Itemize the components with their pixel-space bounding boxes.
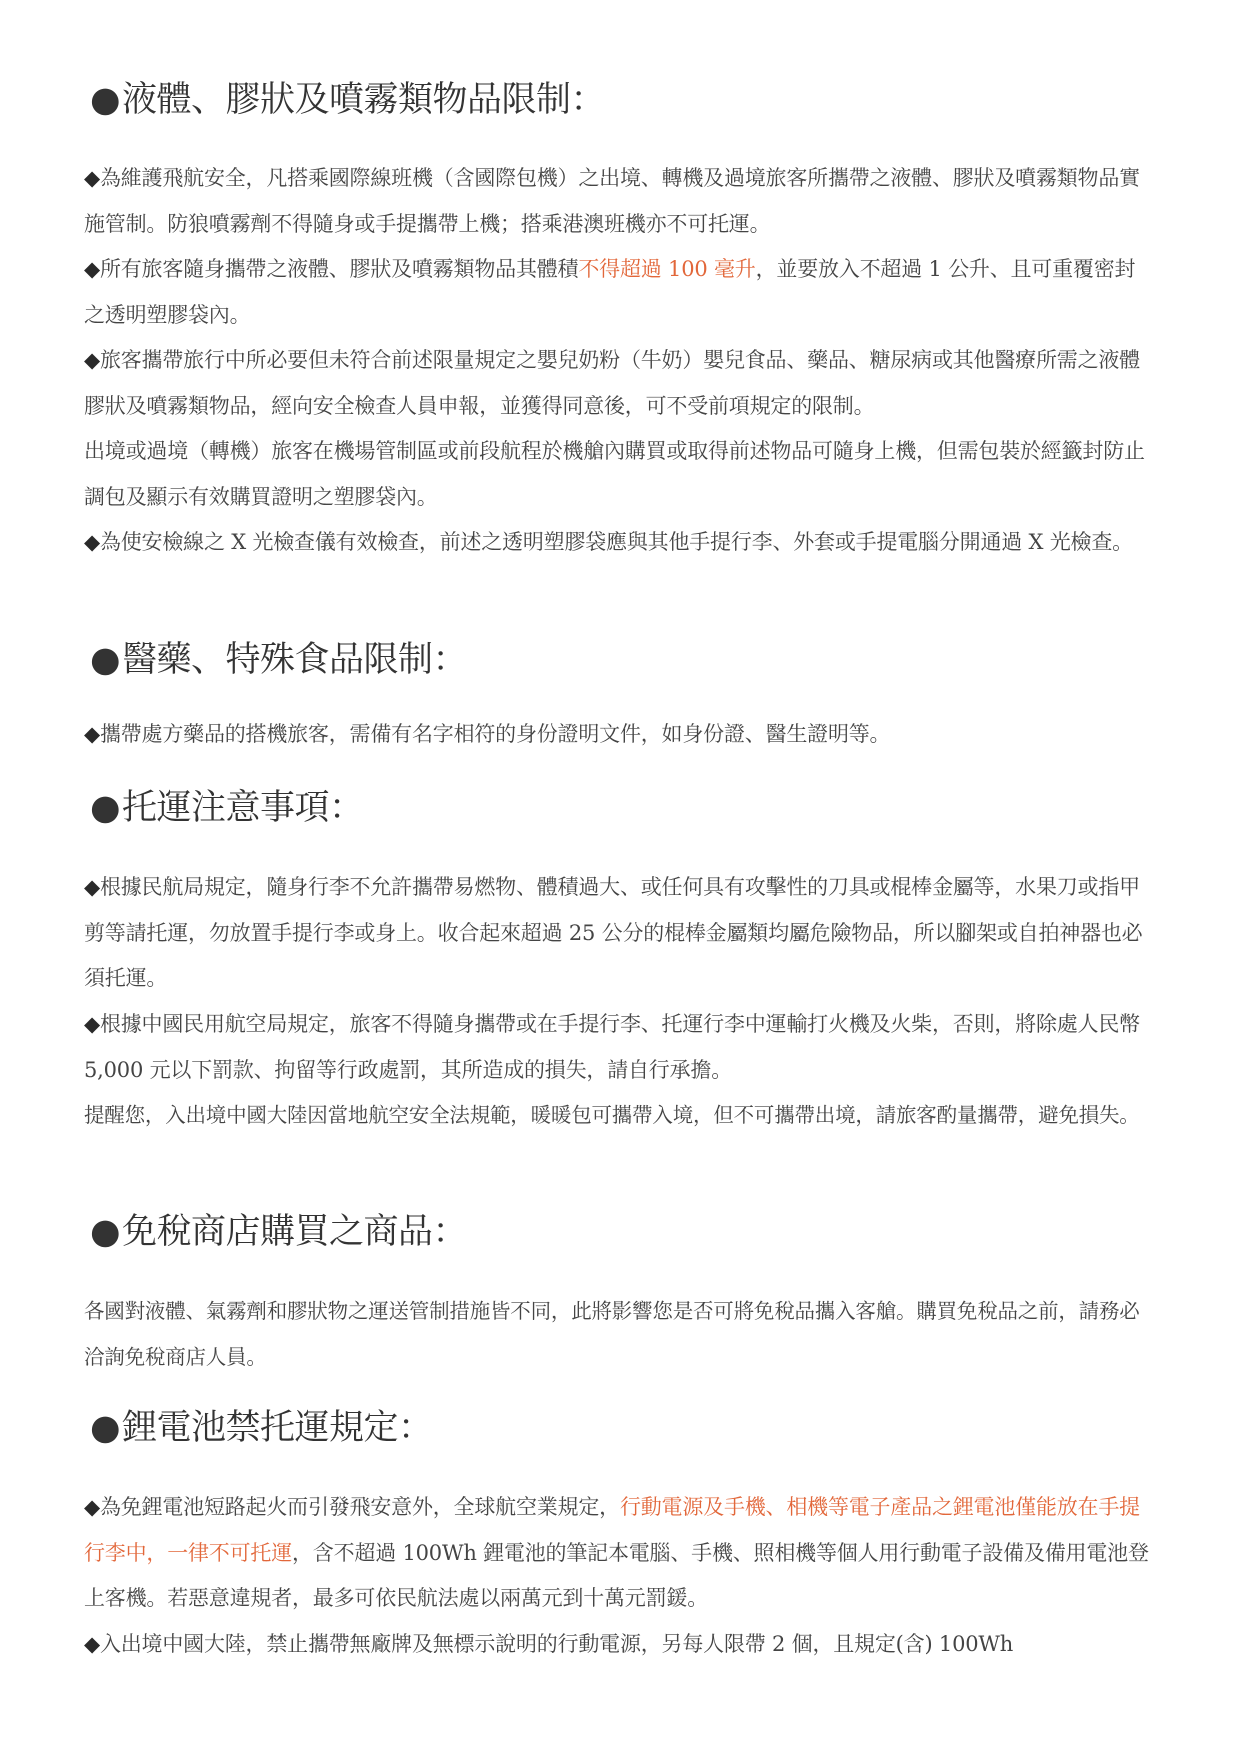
- highlight-text: 不得超過 100 毫升: [578, 257, 755, 281]
- paragraph: ◆根據中國民用航空局規定，旅客不得隨身攜帶或在手提行李、托運行李中運輸打火機及火…: [84, 1002, 1154, 1093]
- paragraph: 提醒您，入出境中國大陸因當地航空安全法規範，暖暖包可攜帶入境，但不可攜帶出境，請…: [84, 1093, 1154, 1139]
- paragraph: ◆入出境中國大陸，禁止攜帶無廠牌及無標示說明的行動電源，另每人限帶 2 個，且規…: [84, 1622, 1154, 1668]
- section-heading-checked-baggage: ●托運注意事項：: [90, 786, 364, 830]
- diamond-bullet-icon: ◆: [84, 166, 100, 190]
- paragraph: ◆攜帶處方藥品的搭機旅客，需備有名字相符的身份證明文件，如身份證、醫生證明等。: [84, 712, 1154, 758]
- diamond-bullet-icon: ◆: [84, 530, 100, 554]
- diamond-bullet-icon: ◆: [84, 1012, 100, 1036]
- circle-bullet-icon: ●: [90, 1212, 120, 1252]
- diamond-bullet-icon: ◆: [84, 722, 100, 746]
- paragraph: ◆為免鋰電池短路起火而引發飛安意外，全球航空業規定，行動電源及手機、相機等電子產…: [84, 1485, 1154, 1622]
- paragraph: ◆為維護飛航安全，凡搭乘國際線班機（含國際包機）之出境、轉機及過境旅客所攜帶之液…: [84, 156, 1154, 247]
- paragraph: ◆為使安檢線之 X 光檢查儀有效檢查，前述之透明塑膠袋應與其他手提行李、外套或手…: [84, 520, 1154, 566]
- diamond-bullet-icon: ◆: [84, 348, 100, 372]
- section-heading-lithium-battery: ●鋰電池禁托運規定：: [90, 1406, 433, 1450]
- diamond-bullet-icon: ◆: [84, 875, 100, 899]
- paragraph: ◆所有旅客隨身攜帶之液體、膠狀及噴霧類物品其體積不得超過 100 毫升，並要放入…: [84, 247, 1154, 338]
- diamond-bullet-icon: ◆: [84, 257, 100, 281]
- paragraph: 出境或過境（轉機）旅客在機場管制區或前段航程於機艙內購買或取得前述物品可隨身上機…: [84, 429, 1154, 520]
- section-heading-duty-free: ●免稅商店購買之商品：: [90, 1210, 467, 1254]
- circle-bullet-icon: ●: [90, 788, 120, 828]
- diamond-bullet-icon: ◆: [84, 1495, 100, 1519]
- section-heading-liquids: ●液體、膠狀及噴霧類物品限制：: [90, 78, 605, 122]
- circle-bullet-icon: ●: [90, 640, 120, 680]
- diamond-bullet-icon: ◆: [84, 1632, 100, 1656]
- paragraph: 各國對液體、氣霧劑和膠狀物之運送管制措施皆不同，此將影響您是否可將免稅品攜入客艙…: [84, 1289, 1154, 1380]
- section-heading-medicine: ●醫藥、特殊食品限制：: [90, 638, 467, 682]
- circle-bullet-icon: ●: [90, 1408, 120, 1448]
- circle-bullet-icon: ●: [90, 80, 120, 120]
- paragraph: ◆根據民航局規定，隨身行李不允許攜帶易燃物、體積過大、或任何具有攻擊性的刀具或棍…: [84, 865, 1154, 1002]
- paragraph: ◆旅客攜帶旅行中所必要但未符合前述限量規定之嬰兒奶粉（牛奶）嬰兒食品、藥品、糖尿…: [84, 338, 1154, 429]
